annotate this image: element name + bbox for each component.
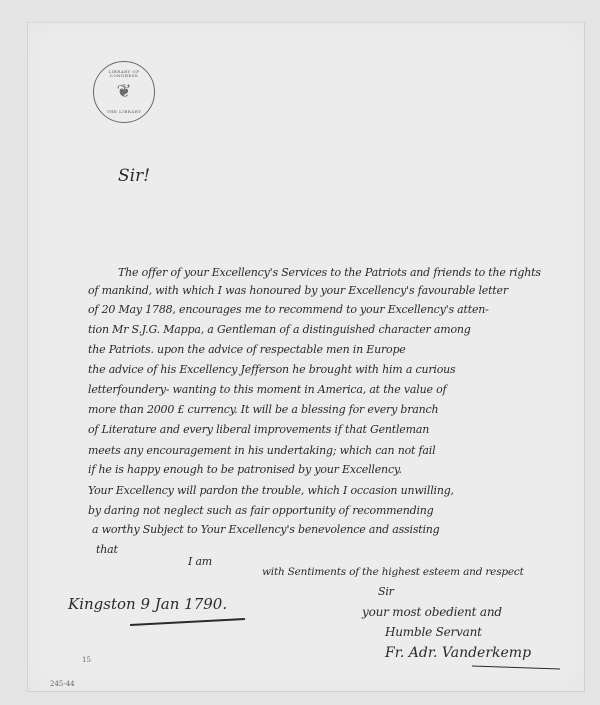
archive-folio: 15 [82,656,91,664]
closing-i-am: I am [188,555,212,568]
body-line: more than 2000 £ currency. It will be a … [88,403,438,416]
closing-sentiment: with Sentiments of the highest esteem an… [262,566,524,578]
body-line: The offer of your Excellency's Services … [118,266,541,279]
eagle-seal-icon: ❦ [116,83,131,101]
body-line: letterfoundery- wanting to this moment i… [88,383,446,396]
body-line: by daring not neglect such as fair oppor… [88,504,434,517]
body-line: the Patriots. upon the advice of respect… [88,343,406,356]
body-line: meets any encouragement in his undertaki… [88,444,435,457]
body-line: if he is happy enough to be patronised b… [88,463,402,476]
letter-sheet [27,22,585,692]
body-line: a worthy Subject to Your Excellency's be… [92,523,440,536]
signature: Fr. Adr. Vanderkemp [385,645,531,661]
closing-line-2: Humble Servant [385,625,482,639]
body-line: that [96,543,118,556]
archive-number: 245-44 [50,680,75,688]
closing-sir: Sir [378,585,394,598]
body-line: tion Mr S.J.G. Mappa, a Gentleman of a d… [88,323,471,336]
stamp-inner: LIBRARY OF CONGRESS ❦ THE LIBRARY [101,69,147,115]
body-line: of mankind, with which I was honoured by… [88,284,508,297]
body-line: the advice of his Excellency Jefferson h… [88,363,455,376]
closing-line-1: your most obedient and [362,605,502,619]
stamp-bottom-text: THE LIBRARY [101,110,147,114]
salutation: Sir! [118,166,150,186]
body-line: of 20 May 1788, encourages me to recomme… [88,303,489,316]
body-line: of Literature and every liberal improvem… [88,423,429,436]
library-stamp: LIBRARY OF CONGRESS ❦ THE LIBRARY [93,61,155,123]
body-line: Your Excellency will pardon the trouble,… [88,484,454,497]
place-date: Kingston 9 Jan 1790. [68,595,227,613]
stamp-top-text: LIBRARY OF CONGRESS [101,70,147,79]
